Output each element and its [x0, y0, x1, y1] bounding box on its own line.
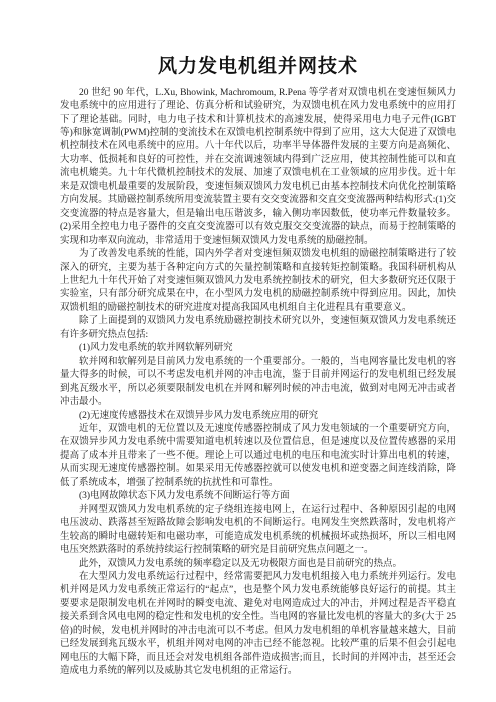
paragraph-grid-connection-impact: 在大型风力发电系统运行过程中，经常需要把风力发电机组接入电力系统并列运行。发电机…: [60, 571, 456, 679]
heading-item-3-grid-fault-operation: (3)电网故障状态下风力发电系统不间断运行等方面: [60, 490, 456, 503]
paragraph-research-hotspots-lead-in: 除了上面提到的双馈风力发电系统励磁控制技术研究以外，变速恒频双馈风力发电系统还有…: [60, 315, 456, 342]
document-page: 风力发电机组并网技术 20 世纪 90 年代，L.Xu, Bhowink, Ma…: [0, 0, 496, 702]
paragraph-grid-fault-operation-detail: 并网型双馈风力发电机系统的定子绕组连接电网上，在运行过程中、各种原因引起的电网电…: [60, 504, 456, 558]
heading-item-1-soft-grid-connection: (1)风力发电系统的软并网软解列研究: [60, 342, 456, 355]
document-title: 风力发电机组并网技术: [60, 54, 456, 80]
paragraph-intro-history: 20 世纪 90 年代，L.Xu, Bhowink, Machromoum, R…: [60, 87, 456, 248]
heading-item-2-sensorless-technology: (2)无速度传感器技术在双馈异步风力发电系统应用的研究: [60, 410, 456, 423]
paragraph-excitation-control-research: 为了改善发电系统的性能，国内外学者对变速恒频双馈发电机组的励磁控制策略进行了较深…: [60, 248, 456, 315]
paragraph-sensorless-technology-detail: 近年，双馈电机的无位置以及无速度传感器控制成了风力发电领域的一个重要研究方向，在…: [60, 423, 456, 490]
paragraph-soft-grid-connection-detail: 软并网和软解列是目前风力发电系统的一个重要部分。一般的，当电网容量比发电机的容量…: [60, 356, 456, 410]
paragraph-frequency-stability-note: 此外，双馈风力发电系统的频率稳定以及无功极限方面也是目前研究的热点。: [60, 558, 456, 571]
document-body: 20 世纪 90 年代，L.Xu, Bhowink, Machromoum, R…: [60, 87, 456, 679]
